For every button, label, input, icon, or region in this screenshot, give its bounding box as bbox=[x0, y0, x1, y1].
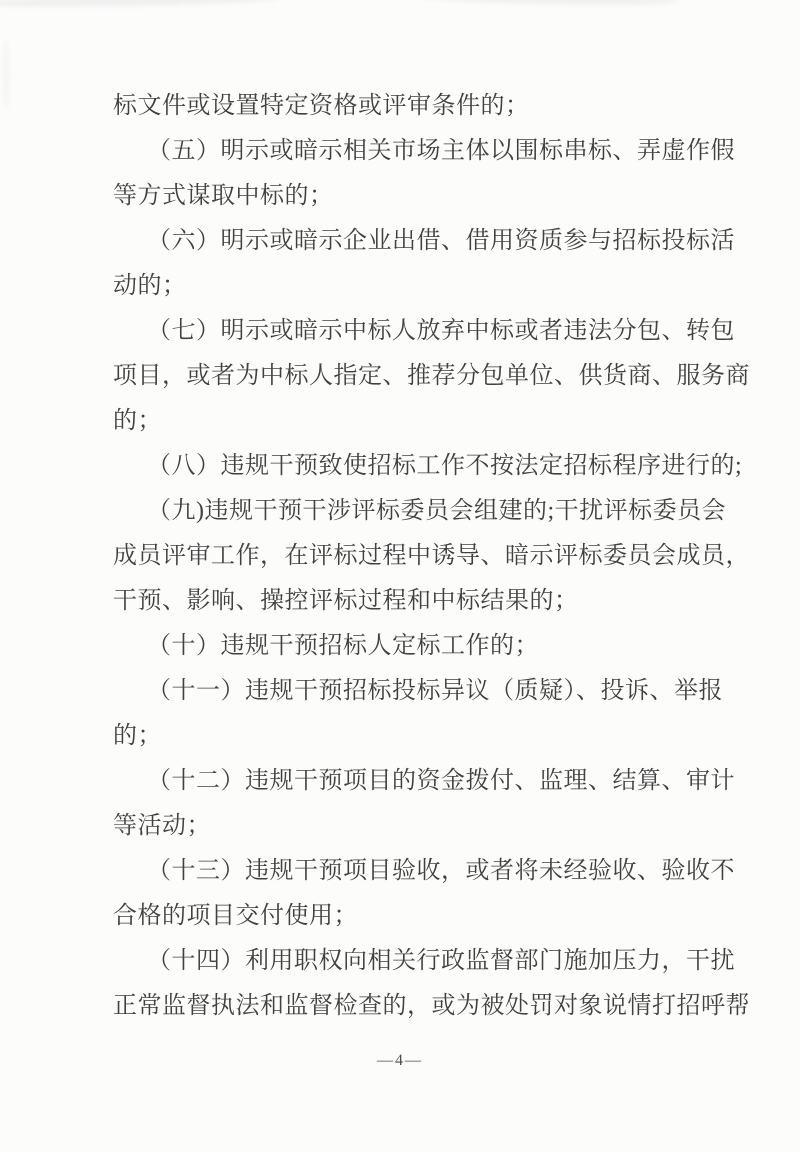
document-line: （十二）违规干预项目的资金拨付、监理、结算、审计 bbox=[113, 759, 693, 804]
document-line: （十）违规干预招标人定标工作的； bbox=[113, 624, 693, 669]
document-line: 干预、影响、操控评标过程和中标结果的； bbox=[113, 579, 693, 624]
document-line: （十四）利用职权向相关行政监督部门施加压力，干扰 bbox=[113, 939, 693, 984]
scan-artifact bbox=[2, 40, 10, 110]
document-line: 项目，或者为中标人指定、推荐分包单位、供货商、服务商 bbox=[113, 354, 693, 399]
page-number: —4— bbox=[377, 1052, 423, 1069]
document-line: （十一）违规干预招标投标异议（质疑）、投诉、举报 bbox=[113, 669, 693, 714]
document-line: 动的； bbox=[113, 264, 693, 309]
document-body: 标文件或设置特定资格或评审条件的； （五）明示或暗示相关市场主体以围标串标、弄虚… bbox=[113, 84, 693, 1029]
document-line: 的； bbox=[113, 714, 693, 759]
document-line: （八）违规干预致使招标工作不按法定招标程序进行的; bbox=[113, 444, 693, 489]
page-footer: —4— bbox=[0, 1052, 800, 1070]
document-line: （七）明示或暗示中标人放弃中标或者违法分包、转包 bbox=[113, 309, 693, 354]
document-line: 正常监督执法和监督检查的，或为被处罚对象说情打招呼帮 bbox=[113, 984, 693, 1029]
document-line: （九)违规干预干涉评标委员会组建的;干扰评标委员会 bbox=[113, 489, 693, 534]
scan-artifact bbox=[420, 0, 680, 6]
document-line: （十三）违规干预项目验收，或者将未经验收、验收不 bbox=[113, 849, 693, 894]
document-page: 标文件或设置特定资格或评审条件的； （五）明示或暗示相关市场主体以围标串标、弄虚… bbox=[0, 0, 800, 1152]
document-line: 等活动； bbox=[113, 804, 693, 849]
scan-artifact bbox=[0, 0, 280, 9]
document-line: （六）明示或暗示企业出借、借用资质参与招标投标活 bbox=[113, 219, 693, 264]
document-line: （五）明示或暗示相关市场主体以围标串标、弄虚作假 bbox=[113, 129, 693, 174]
document-line: 标文件或设置特定资格或评审条件的； bbox=[113, 84, 693, 129]
document-line: 合格的项目交付使用； bbox=[113, 894, 693, 939]
document-line: 成员评审工作，在评标过程中诱导、暗示评标委员会成员， bbox=[113, 534, 693, 579]
document-line: 等方式谋取中标的； bbox=[113, 174, 693, 219]
document-line: 的； bbox=[113, 399, 693, 444]
